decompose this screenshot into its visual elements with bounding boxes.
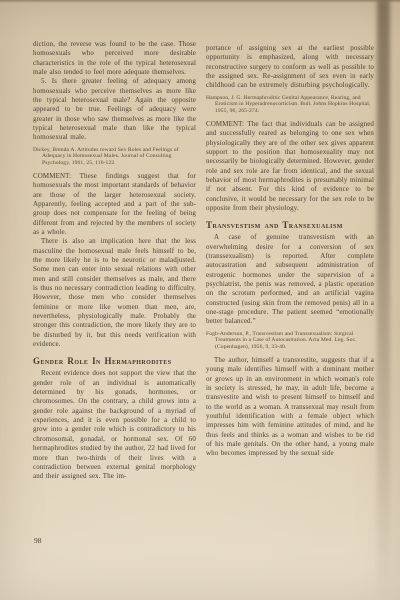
- paragraph-comment-2: COMMENT: The fact that individuals can b…: [206, 120, 374, 213]
- page-number: 98: [34, 536, 42, 545]
- book-page: diction, the reverse was found to be the…: [0, 0, 400, 600]
- scan-top-edge-shadow: [0, 0, 400, 3]
- citation-fogh-anderson: Fogh-Anderson, P., Transvestism and Tran…: [206, 331, 374, 351]
- citation-dickey: Dickey, Brenda A. Attitudes toward Sex R…: [33, 147, 196, 167]
- left-column: diction, the reverse was found to be the…: [33, 40, 196, 482]
- citation-hampson: Hampson, J. G. Hermaphroditic Genital Ap…: [206, 95, 374, 115]
- right-column: portance of assigning sex at the earlies…: [206, 44, 374, 459]
- paragraph-continuation: diction, the reverse was found to be the…: [33, 40, 196, 77]
- paragraph-continuation-right: portance of assigning sex at the earlies…: [206, 44, 374, 91]
- paragraph-question-5: 5. Is there greater feeling of adequacy …: [33, 77, 196, 142]
- paragraph-comment-1: COMMENT: These findings suggest that for…: [33, 172, 196, 237]
- paragraph-author-transvestite: The author, himself a transvestite, sugg…: [206, 356, 374, 459]
- paragraph-recent-evidence: Recent evidence does not support the vie…: [33, 369, 196, 481]
- paragraph-implication: There is also an implication here that t…: [33, 237, 196, 349]
- scan-gutter-shadow: [377, 0, 390, 600]
- section-heading-gender-role-in-hermaphrodites: Gender Role In Hermaphrodites: [33, 356, 196, 367]
- section-heading-transvestism-and-transexualism: Transvestism and Transexualism: [206, 220, 374, 231]
- paragraph-case-report: A case of genuine transvestism with an o…: [206, 233, 374, 326]
